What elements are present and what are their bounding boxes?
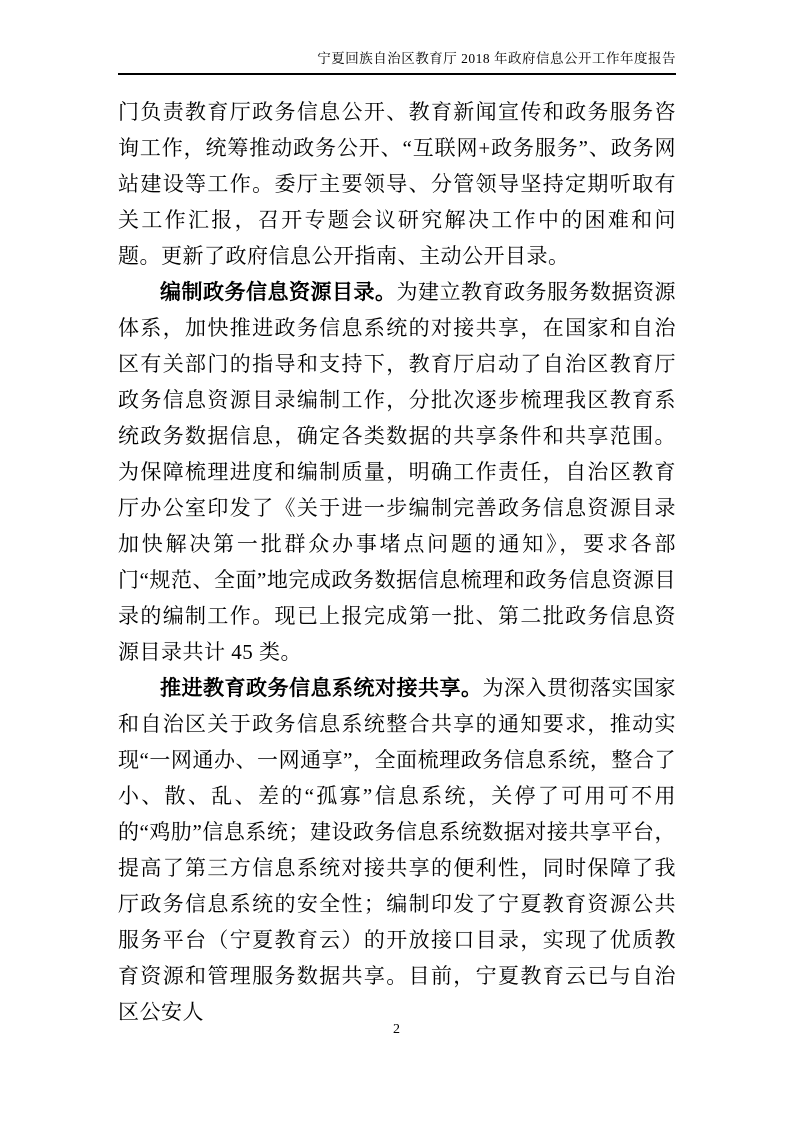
page-number: 2 <box>393 1022 400 1037</box>
document-body: 门负责教育厅政务信息公开、教育新闻宣传和政务服务咨询工作，统筹推动政务公开、“互… <box>118 94 676 1030</box>
paragraph-text: 为建立教育政务服务数据资源体系，加快推进政务信息系统的对接共享，在国家和自治区有… <box>118 280 676 664</box>
paragraph: 编制政务信息资源目录。为建立教育政务服务数据资源体系，加快推进政务信息系统的对接… <box>118 274 676 670</box>
paragraph-lead: 编制政务信息资源目录。 <box>160 280 397 304</box>
paragraph-text: 为深入贯彻落实国家和自治区关于政务信息系统整合共享的通知要求，推动实现“一网通办… <box>118 676 676 1024</box>
page-header-title: 宁夏回族自治区教育厅 2018 年政府信息公开工作年度报告 <box>317 51 676 66</box>
paragraph-text: 门负责教育厅政务信息公开、教育新闻宣传和政务服务咨询工作，统筹推动政务公开、“互… <box>118 100 676 268</box>
page-header: 宁夏回族自治区教育厅 2018 年政府信息公开工作年度报告 <box>118 50 676 75</box>
paragraph: 门负责教育厅政务信息公开、教育新闻宣传和政务服务咨询工作，统筹推动政务公开、“互… <box>118 94 676 274</box>
paragraph-lead: 推进教育政务信息系统对接共享。 <box>160 676 483 700</box>
document-page: 宁夏回族自治区教育厅 2018 年政府信息公开工作年度报告 门负责教育厅政务信息… <box>0 0 793 1122</box>
paragraph: 推进教育政务信息系统对接共享。为深入贯彻落实国家和自治区关于政务信息系统整合共享… <box>118 670 676 1030</box>
page-footer: 2 <box>0 1020 793 1040</box>
